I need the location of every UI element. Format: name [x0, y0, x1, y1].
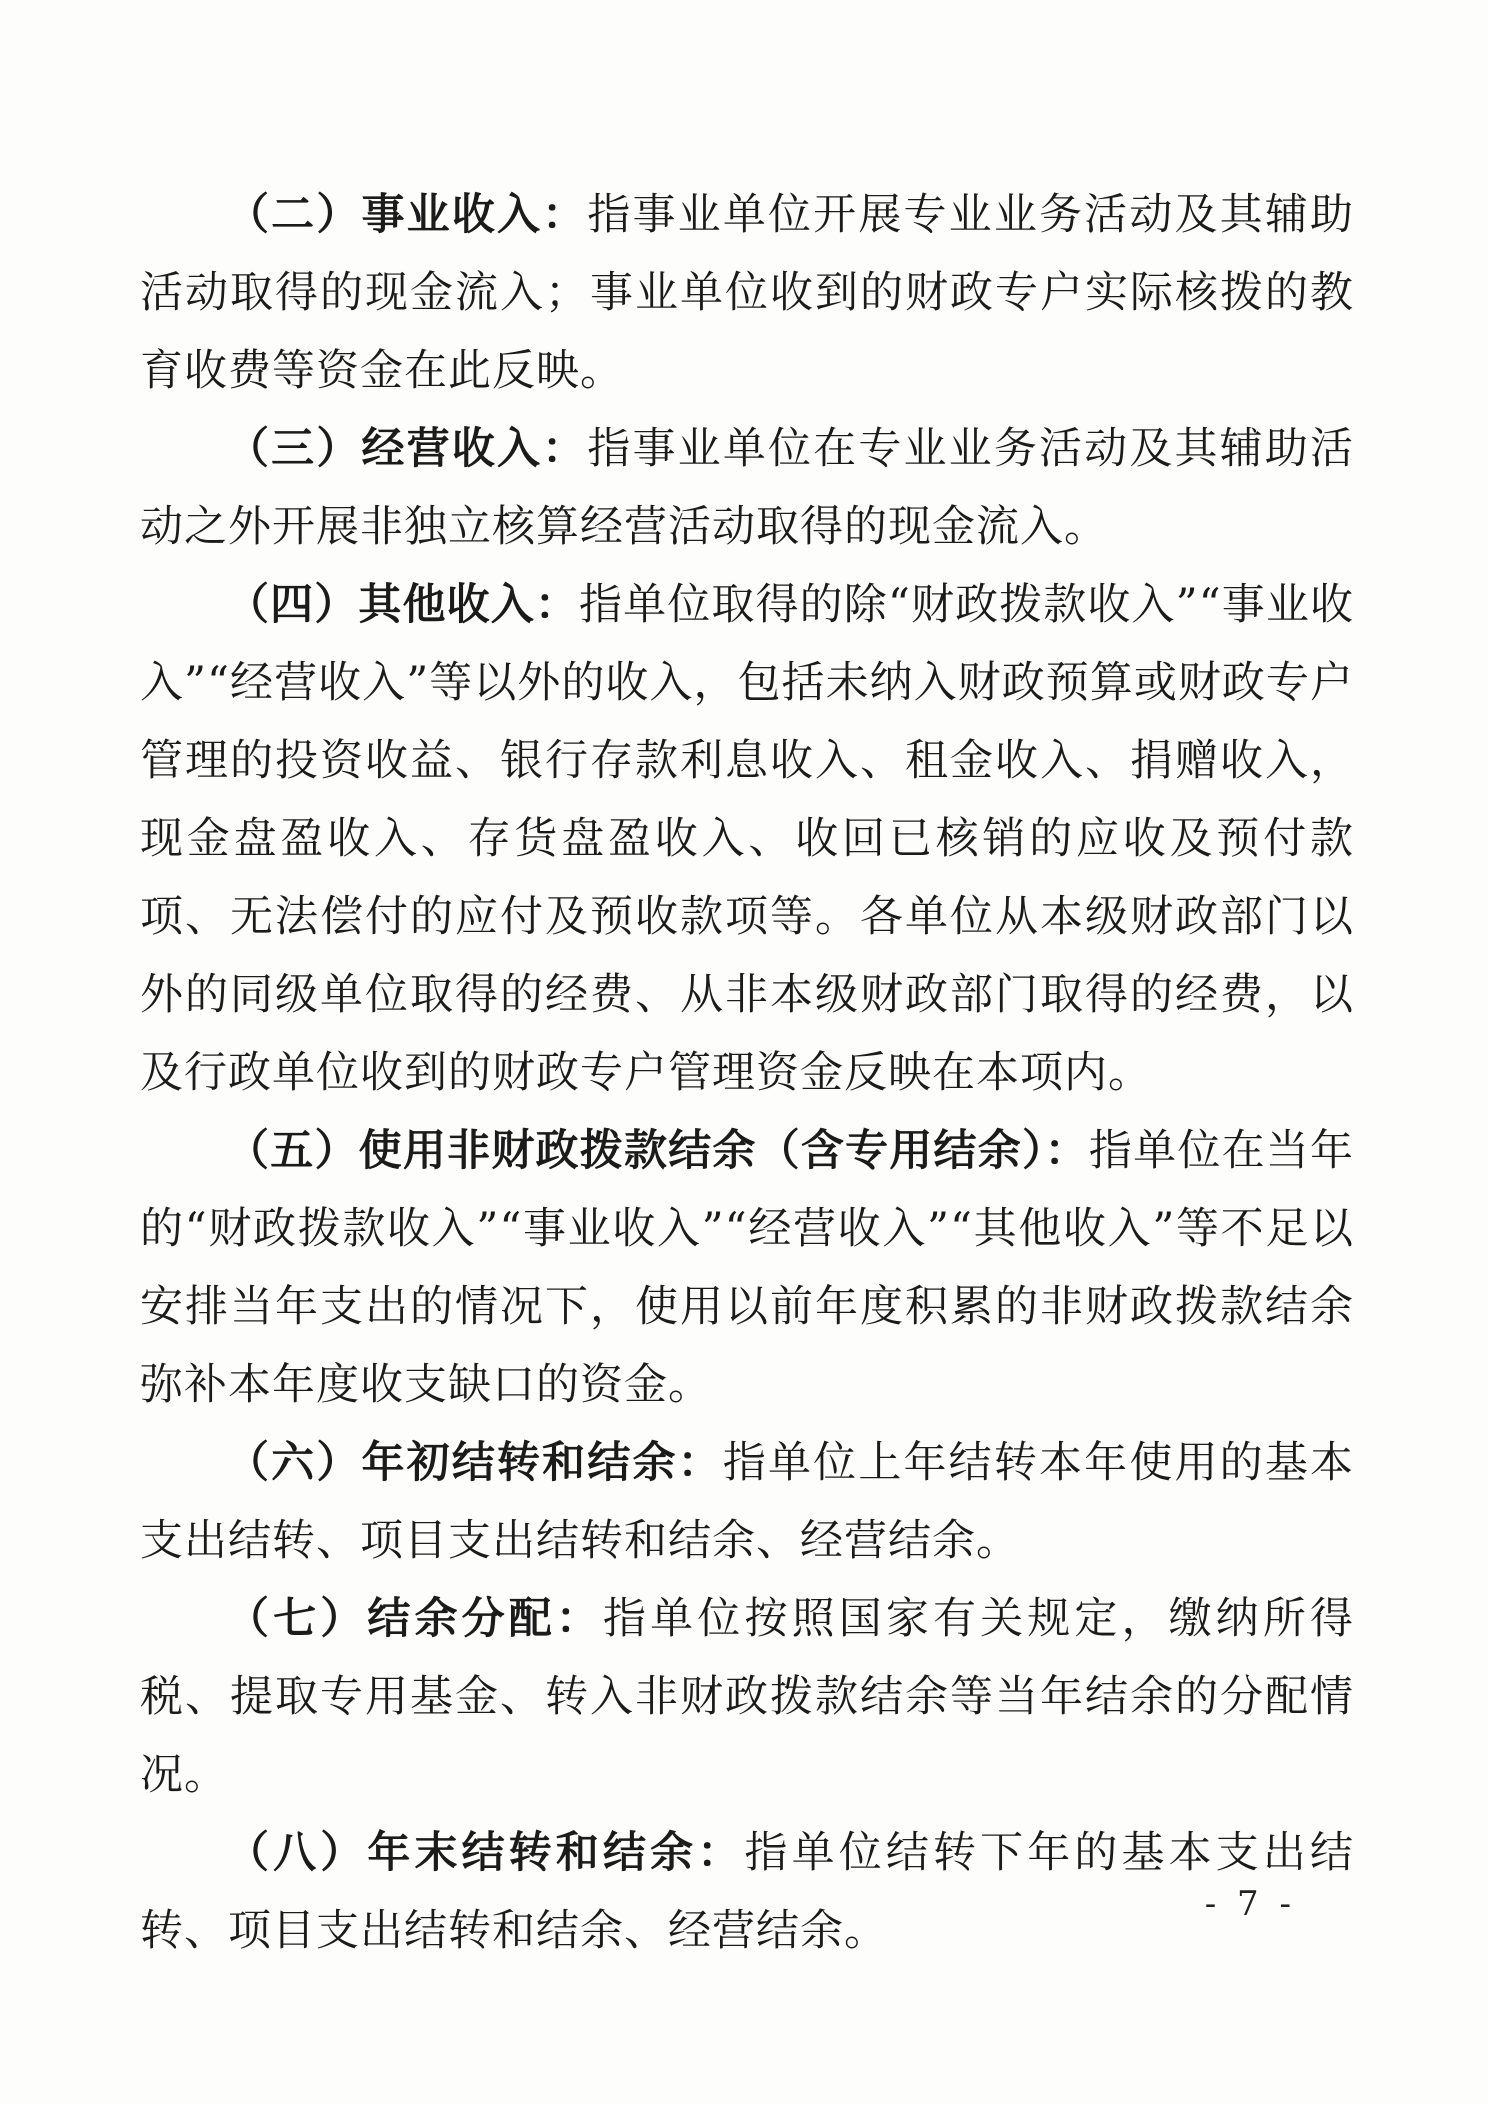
document-body: （二）事业收入：指事业单位开展专业业务活动及其辅助活动取得的现金流入；事业单位收… [140, 176, 1354, 1970]
clause-label: （八）年末结转和结余： [226, 1828, 744, 1878]
paragraph-clause-2: （二）事业收入：指事业单位开展专业业务活动及其辅助活动取得的现金流入；事业单位收… [140, 176, 1354, 410]
paragraph-clause-5: （五）使用非财政拨款结余（含专用结余）：指单位在当年的“财政拨款收入”“事业收入… [140, 1112, 1354, 1424]
clause-label: （六）年初结转和结余： [226, 1438, 723, 1488]
paragraph-clause-4: （四）其他收入：指单位取得的除“财政拨款收入”“事业收入”“经营收入”等以外的收… [140, 566, 1354, 1112]
page-number: - 7 - [1205, 1884, 1296, 1924]
clause-label: （三）经营收入： [226, 424, 587, 474]
clause-label: （二）事业收入： [226, 190, 587, 240]
clause-label: （七）结余分配： [226, 1594, 603, 1644]
clause-label: （四）其他收入： [226, 580, 579, 630]
clause-label: （五）使用非财政拨款结余（含专用结余）： [226, 1126, 1089, 1176]
paragraph-clause-7: （七）结余分配：指单位按照国家有关规定，缴纳所得税、提取专用基金、转入非财政拨款… [140, 1580, 1354, 1814]
paragraph-clause-3: （三）经营收入：指事业单位在专业业务活动及其辅助活动之外开展非独立核算经营活动取… [140, 410, 1354, 566]
paragraph-clause-6: （六）年初结转和结余：指单位上年结转本年使用的基本支出结转、项目支出结转和结余、… [140, 1424, 1354, 1580]
clause-text: 指单位取得的除“财政拨款收入”“事业收入”“经营收入”等以外的收入，包括未纳入财… [140, 580, 1354, 1098]
paragraph-clause-8: （八）年末结转和结余：指单位结转下年的基本支出结转、项目支出结转和结余、经营结余… [140, 1814, 1354, 1970]
document-page: （二）事业收入：指事业单位开展专业业务活动及其辅助活动取得的现金流入；事业单位收… [0, 0, 1488, 2104]
